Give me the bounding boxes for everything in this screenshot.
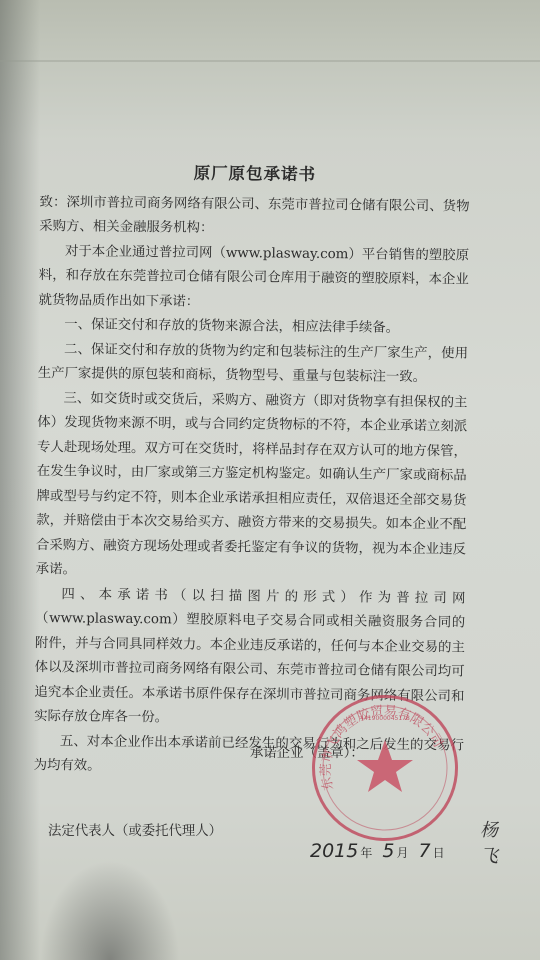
representative-label: 法定代表人（或委托代理人） bbox=[48, 820, 222, 839]
handwritten-signature: 杨飞 bbox=[480, 816, 510, 868]
photo-shadow-left bbox=[0, 0, 40, 960]
paper-edge bbox=[0, 60, 540, 62]
date-month: 5 bbox=[382, 840, 394, 862]
clause-3: 三、如交货时或交货后，采购方、融资方（即对货物享有担保权的主体）发现货物来源不明… bbox=[36, 386, 468, 586]
addressee: 致：深圳市普拉司商务网络有限公司、东莞市普拉司仓储有限公司、货物采购方、相关金融… bbox=[39, 190, 469, 244]
commitment-letter: 原厂原包承诺书 致：深圳市普拉司商务网络有限公司、东莞市普拉司仓储有限公司、货物… bbox=[34, 160, 470, 783]
clause-1: 一、保证交付和存放的货物来源合法，相应法律手续备。 bbox=[38, 313, 468, 342]
date-year-unit: 年 bbox=[360, 846, 372, 860]
document-title: 原厂原包承诺书 bbox=[40, 160, 470, 189]
company-seal: 4419000045178 东莞市飞鸿塑胶贸易有限公司 bbox=[312, 695, 458, 841]
clause-2: 二、保证交付和存放的货物为约定和包装标注的生产厂家生产，使用生产厂家提供的原包装… bbox=[38, 337, 468, 391]
intro-paragraph: 对于本企业通过普拉司网（www.plasway.com）平台销售的塑胶原料，和存… bbox=[38, 239, 469, 317]
signing-date: 2015年5月7日 bbox=[310, 840, 455, 862]
seal-star-icon: 4419000045178 东莞市飞鸿塑胶贸易有限公司 bbox=[315, 698, 455, 838]
date-day-unit: 日 bbox=[433, 846, 445, 860]
date-year: 2015 bbox=[310, 840, 358, 862]
date-day: 7 bbox=[418, 840, 430, 862]
photo-shadow-bottom bbox=[40, 860, 180, 960]
date-month-unit: 月 bbox=[396, 846, 408, 860]
